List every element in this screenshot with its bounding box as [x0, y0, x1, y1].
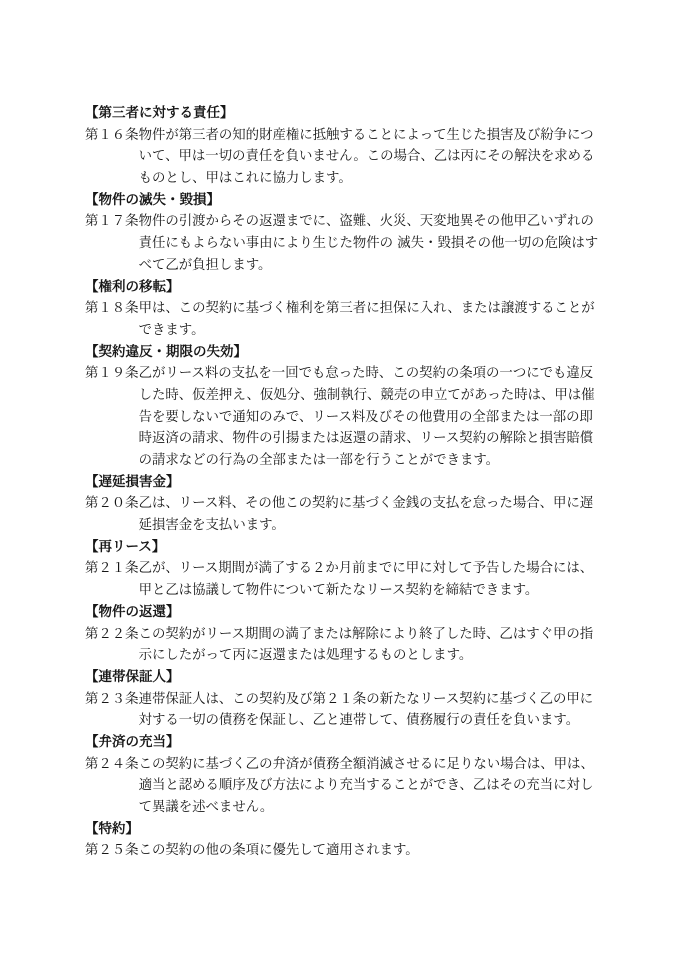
article-first-line: 第２０条乙は、リース料、その他この契約に基づく金銭の支払を怠った場合、甲に遅	[85, 493, 597, 515]
article-number: 第１８条	[85, 301, 139, 316]
article-first-line: 第１７条物件の引渡からその返還までに、盗難、火災、天変地異その他甲乙いずれの	[85, 211, 597, 233]
article-continuation-line: できます。	[85, 320, 597, 342]
article-text: この契約に基づく乙の弁済が債務全額消滅させるに足りない場合は、甲は、	[139, 757, 594, 772]
article-text: 乙が、リース期間が満了する２か月前までに甲に対して予告した場合には、	[139, 561, 594, 576]
document-page: 【第三者に対する責任】第１６条物件が第三者の知的財産権に抵触することによって生じ…	[0, 0, 680, 962]
article-number: 第２１条	[85, 561, 139, 576]
article-number: 第２０条	[85, 496, 139, 511]
article-first-line: 第２４条この契約に基づく乙の弁済が債務全額消滅させるに足りない場合は、甲は、	[85, 754, 597, 776]
article-number: 第２５条	[85, 843, 139, 858]
article-text: 甲は、この契約に基づく権利を第三者に担保に入れ、または譲渡することが	[139, 301, 595, 316]
article-number: 第１９条	[85, 366, 139, 381]
article-number: 第１６条	[85, 128, 139, 143]
section-heading: 【契約違反・期限の失効】	[85, 342, 597, 364]
section-heading: 【物件の返還】	[85, 602, 597, 624]
article-text: 乙は、リース料、その他この契約に基づく金銭の支払を怠った場合、甲に遅	[139, 496, 594, 511]
article-first-line: 第２１条乙が、リース期間が満了する２か月前までに甲に対して予告した場合には、	[85, 558, 597, 580]
article-number: 第２４条	[85, 757, 139, 772]
article-first-line: 第１６条物件が第三者の知的財産権に抵触することによって生じた損害及び紛争につ	[85, 125, 597, 147]
section-heading: 【弁済の充当】	[85, 732, 597, 754]
article-number: 第２２条	[85, 627, 139, 642]
article-continuation-line: べて乙が負担します。	[85, 255, 597, 277]
section-heading: 【再リース】	[85, 537, 597, 559]
section-heading: 【物件の滅失・毀損】	[85, 190, 597, 212]
article-text: この契約がリース期間の満了または解除により終了した時、乙はすぐ甲の指	[139, 627, 594, 642]
article-continuation-line: いて、甲は一切の責任を負いません。この場合、乙は丙にその解決を求める	[85, 146, 597, 168]
section-heading: 【第三者に対する責任】	[85, 103, 597, 125]
article-text: 物件が第三者の知的財産権に抵触することによって生じた損害及び紛争につ	[139, 128, 594, 143]
article-first-line: 第２２条この契約がリース期間の満了または解除により終了した時、乙はすぐ甲の指	[85, 624, 597, 646]
article-continuation-line: の請求などの行為の全部または一部を行うことができます。	[85, 450, 597, 472]
article-continuation-line: 対する一切の債務を保証し、乙と連帯して、債務履行の責任を負います。	[85, 710, 597, 732]
article-text: 連帯保証人は、この契約及び第２１条の新たなリース契約に基づく乙の甲に	[139, 692, 594, 707]
section-heading: 【権利の移転】	[85, 277, 597, 299]
article-continuation-line: 延損害金を支払います。	[85, 515, 597, 537]
article-continuation-line: 示にしたがって丙に返還または処理するものとします。	[85, 645, 597, 667]
article-continuation-line: て異議を述べません。	[85, 797, 597, 819]
section-heading: 【特約】	[85, 819, 597, 841]
article-continuation-line: 告を要しないで通知のみで、リース料及びその他費用の全部または一部の即	[85, 407, 597, 429]
article-text: 乙がリース料の支払を一回でも怠った時、この契約の条項の一つにでも違反	[139, 366, 594, 381]
article-continuation-line: 責任にもよらない事由により生じた物件の 滅失・毀損その他一切の危険はす	[85, 233, 597, 255]
article-text: 物件の引渡からその返還までに、盗難、火災、天変地異その他甲乙いずれの	[139, 214, 594, 229]
document-body: 【第三者に対する責任】第１６条物件が第三者の知的財産権に抵触することによって生じ…	[85, 103, 597, 862]
article-first-line: 第２５条この契約の他の条項に優先して適用されます。	[85, 840, 597, 862]
section-heading: 【連帯保証人】	[85, 667, 597, 689]
article-text: この契約の他の条項に優先して適用されます。	[139, 843, 419, 858]
article-first-line: 第１８条甲は、この契約に基づく権利を第三者に担保に入れ、または譲渡することが	[85, 298, 597, 320]
article-continuation-line: ものとし、甲はこれに協力します。	[85, 168, 597, 190]
article-number: 第２３条	[85, 692, 139, 707]
article-continuation-line: 時返済の請求、物件の引揚または返還の請求、リース契約の解除と損害賠償	[85, 428, 597, 450]
section-heading: 【遅延損害金】	[85, 472, 597, 494]
article-number: 第１７条	[85, 214, 139, 229]
article-first-line: 第１９条乙がリース料の支払を一回でも怠った時、この契約の条項の一つにでも違反	[85, 363, 597, 385]
article-first-line: 第２３条連帯保証人は、この契約及び第２１条の新たなリース契約に基づく乙の甲に	[85, 689, 597, 711]
article-continuation-line: 甲と乙は協議して物件について新たなリース契約を締結できます。	[85, 580, 597, 602]
article-continuation-line: した時、仮差押え、仮処分、強制執行、競売の申立てがあった時は、甲は催	[85, 385, 597, 407]
article-continuation-line: 適当と認める順序及び方法により充当することができ、乙はその充当に対し	[85, 775, 597, 797]
